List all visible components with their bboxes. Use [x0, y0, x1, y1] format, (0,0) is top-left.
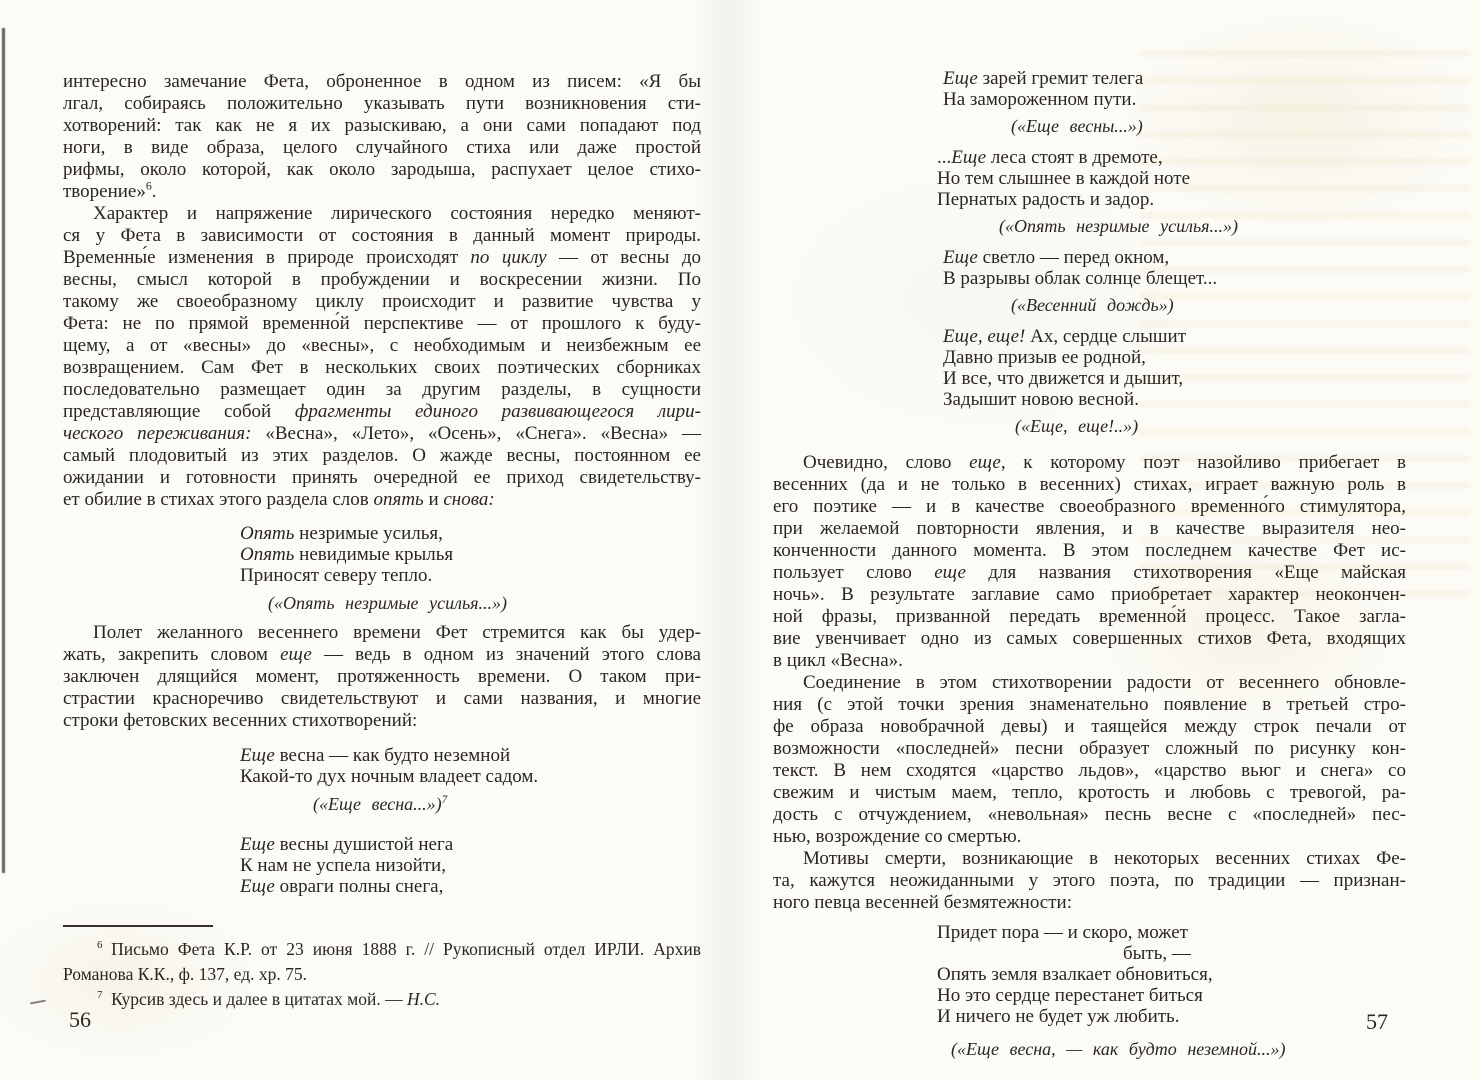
text-line: дость с отчуждением, «невольная» песнь в… [773, 804, 1406, 826]
footnote-line: Романова К.К., ф. 137, ед. хр. 75. [63, 962, 701, 987]
text-line: Временны́е изменения в природе происходя… [63, 247, 701, 269]
text-line: Соединение в этом стихотворении радости … [773, 672, 1406, 694]
pen-mark [30, 1000, 46, 1005]
text-line: текст. В нем сходятся «царство льдов», «… [773, 760, 1406, 782]
text-line: вие увенчивает одно из самых совершенных… [773, 628, 1406, 650]
verse-quote: Придет пора — и скоро, можетбыть, —Опять… [937, 922, 1406, 1027]
verse-quote: Еще, еще! Ах, сердце слышитДавно призыв … [943, 326, 1406, 410]
verse-line: Еще, еще! Ах, сердце слышит [943, 326, 1406, 347]
footnote-rule [63, 925, 213, 927]
verse-line: Пернатых радость и задор. [937, 189, 1406, 210]
verse-line: И ничего не будет уж любить. [937, 1006, 1406, 1027]
verse-attribution: («Еще весна...»)7 [313, 794, 701, 815]
verse-attribution: («Еще весна, — как будто неземной...») [951, 1039, 1406, 1060]
text-line: в цикл «Весна». [773, 650, 1406, 672]
verse-attribution: («Еще, еще!..») [1015, 416, 1406, 437]
text-line: ного певца весенней безмятежности: [773, 892, 1406, 914]
book-page-left: интересно замечание Фета, оброненное в о… [63, 71, 701, 1012]
text-line: его поэтике — и в качестве своеобразного… [773, 496, 1406, 518]
text-line: страстии красноречиво свидетельствуют и … [63, 688, 701, 710]
verse-line: Придет пора — и скоро, может [937, 922, 1406, 943]
scan-edge-line [2, 28, 5, 873]
text-line: строки фетовских весенних стихотворений: [63, 710, 701, 732]
text-line: заключен длящийся момент, протяженность … [63, 666, 701, 688]
footnote-line: 6 Письмо Фета К.Р. от 23 июня 1888 г. //… [63, 937, 701, 962]
text-line: ожидании и готовности принять очередной … [63, 467, 701, 489]
verse-line: На замороженном пути. [943, 89, 1406, 110]
text-line: ческого переживания: «Весна», «Лето», «О… [63, 423, 701, 445]
verse-line: Задышит новою весной. [943, 389, 1406, 410]
verse-line: Опять незримые усилья, [240, 523, 701, 544]
verse-line: К нам не успела низойти, [240, 855, 701, 876]
body-paragraph: интересно замечание Фета, оброненное в о… [63, 71, 701, 203]
verse-line: Но тем слышнее в каждой ноте [937, 168, 1406, 189]
page-number-right: 57 [1366, 1010, 1388, 1034]
text-line: представляющие собой фрагменты единого р… [63, 401, 701, 423]
body-paragraph: Очевидно, слово еще, к которому поэт наз… [773, 452, 1406, 672]
text-line: фе образа новобрачной девы) и таящейся м… [773, 716, 1406, 738]
text-line: весенних (да и не только в весенних) сти… [773, 474, 1406, 496]
text-line: нью, возрождение со смертью. [773, 826, 1406, 848]
text-line: творение»6. [63, 181, 701, 203]
verse-quote: Еще светло — перед окном,В разрывы облак… [943, 247, 1406, 289]
body-paragraph: Мотивы смерти, возникающие в некоторых в… [773, 848, 1406, 914]
verse-attribution: («Опять незримые усилья...») [268, 593, 701, 614]
body-paragraph: Полет желанного весеннего времени Фет ст… [63, 622, 701, 732]
body-paragraph: Характер и напряжение лирического состоя… [63, 203, 701, 511]
verse-line: Опять невидимые крылья [240, 544, 701, 565]
book-page-right: Еще зарей гремит телегаНа замороженном п… [773, 68, 1406, 1060]
text-line: самый плодовитый из этих разделов. О жаж… [63, 445, 701, 467]
verse-quote: ...Еще леса стоят в дремоте,Но тем слышн… [937, 147, 1406, 210]
text-line: при желаемой повторности явления, и в ка… [773, 518, 1406, 540]
verse-attribution: («Еще весны...») [1011, 116, 1406, 137]
verse-line: Еще весна — как будто неземной [240, 745, 701, 766]
text-line: пользует слово еще для названия стихотво… [773, 562, 1406, 584]
verse-line: Еще светло — перед окном, [943, 247, 1406, 268]
verse-line: Какой-то дух ночным владеет садом. [240, 766, 701, 787]
verse-quote: Еще весны душистой негаК нам не успела н… [240, 834, 701, 897]
text-line: ния (с этой точки зрения знаменательно п… [773, 694, 1406, 716]
text-line: ноги, в виде образа, целого случайного с… [63, 137, 701, 159]
verse-line: Еще овраги полны снега, [240, 876, 701, 897]
verse-quote: Еще весна — как будто неземнойКакой-то д… [240, 745, 701, 787]
footnotes: 6 Письмо Фета К.Р. от 23 июня 1888 г. //… [63, 925, 701, 1012]
verse-line: Но это сердце перестанет биться [937, 985, 1406, 1006]
verse-line: Приносят северу тепло. [240, 565, 701, 586]
text-line: Очевидно, слово еще, к которому поэт наз… [773, 452, 1406, 474]
text-line: Мотивы смерти, возникающие в некоторых в… [773, 848, 1406, 870]
text-line: лгал, собираясь положительно указывать п… [63, 93, 701, 115]
text-line: ет обилие в стихах этого раздела слов оп… [63, 489, 701, 511]
scan-gutter-shadow [692, 0, 764, 1080]
text-line: ночь». В результате заглавие само приобр… [773, 584, 1406, 606]
text-line: хотворений: так как не я их разыскиваю, … [63, 115, 701, 137]
text-line: ся у Фета в зависимости от состояния в д… [63, 225, 701, 247]
text-line: жать, закрепить словом еще — ведь в одно… [63, 644, 701, 666]
verse-quote: Еще зарей гремит телегаНа замороженном п… [943, 68, 1406, 110]
text-line: ной фразы, призванной передать временно́… [773, 606, 1406, 628]
text-line: такому же своеобразному циклу происходит… [63, 291, 701, 313]
text-line: возможности «последней» песни образует с… [773, 738, 1406, 760]
verse-quote: Опять незримые усилья,Опять невидимые кр… [240, 523, 701, 586]
verse-line: И все, что движется и дышит, [943, 368, 1406, 389]
footnote-line: 7 Курсив здесь и далее в цитатах мой. — … [63, 987, 701, 1012]
verse-line: ...Еще леса стоят в дремоте, [937, 147, 1406, 168]
verse-line: быть, — [1123, 943, 1406, 964]
verse-attribution: («Опять незримые усилья...») [999, 216, 1406, 237]
verse-line: Еще весны душистой нега [240, 834, 701, 855]
text-line: возвращением. Сам Фет в нескольких своих… [63, 357, 701, 379]
text-line: интересно замечание Фета, оброненное в о… [63, 71, 701, 93]
text-line: рифмы, около которой, как около зародыша… [63, 159, 701, 181]
text-line: щему, а от «весны» до «весны», с необход… [63, 335, 701, 357]
text-line: последовательно размещает один за другим… [63, 379, 701, 401]
text-line: конченности данного момента. В этом посл… [773, 540, 1406, 562]
text-line: Характер и напряжение лирического состоя… [63, 203, 701, 225]
body-paragraph: Соединение в этом стихотворении радости … [773, 672, 1406, 848]
verse-attribution: («Весенний дождь») [1011, 295, 1406, 316]
text-line: Фета: не по прямой временно́й перспектив… [63, 313, 701, 335]
verse-line: В разрывы облак солнце блещет... [943, 268, 1406, 289]
verse-line: Давно призыв ее родной, [943, 347, 1406, 368]
text-line: свежим и чистым маем, тепло, кротость и … [773, 782, 1406, 804]
page-number-left: 56 [69, 1008, 91, 1032]
text-line: Полет желанного весеннего времени Фет ст… [63, 622, 701, 644]
text-line: весны, смысл которой в пробуждении и вос… [63, 269, 701, 291]
text-line: та, кажутся неожиданными у этого поэта, … [773, 870, 1406, 892]
verse-line: Опять земля взалкает обновиться, [937, 964, 1406, 985]
verse-line: Еще зарей гремит телега [943, 68, 1406, 89]
